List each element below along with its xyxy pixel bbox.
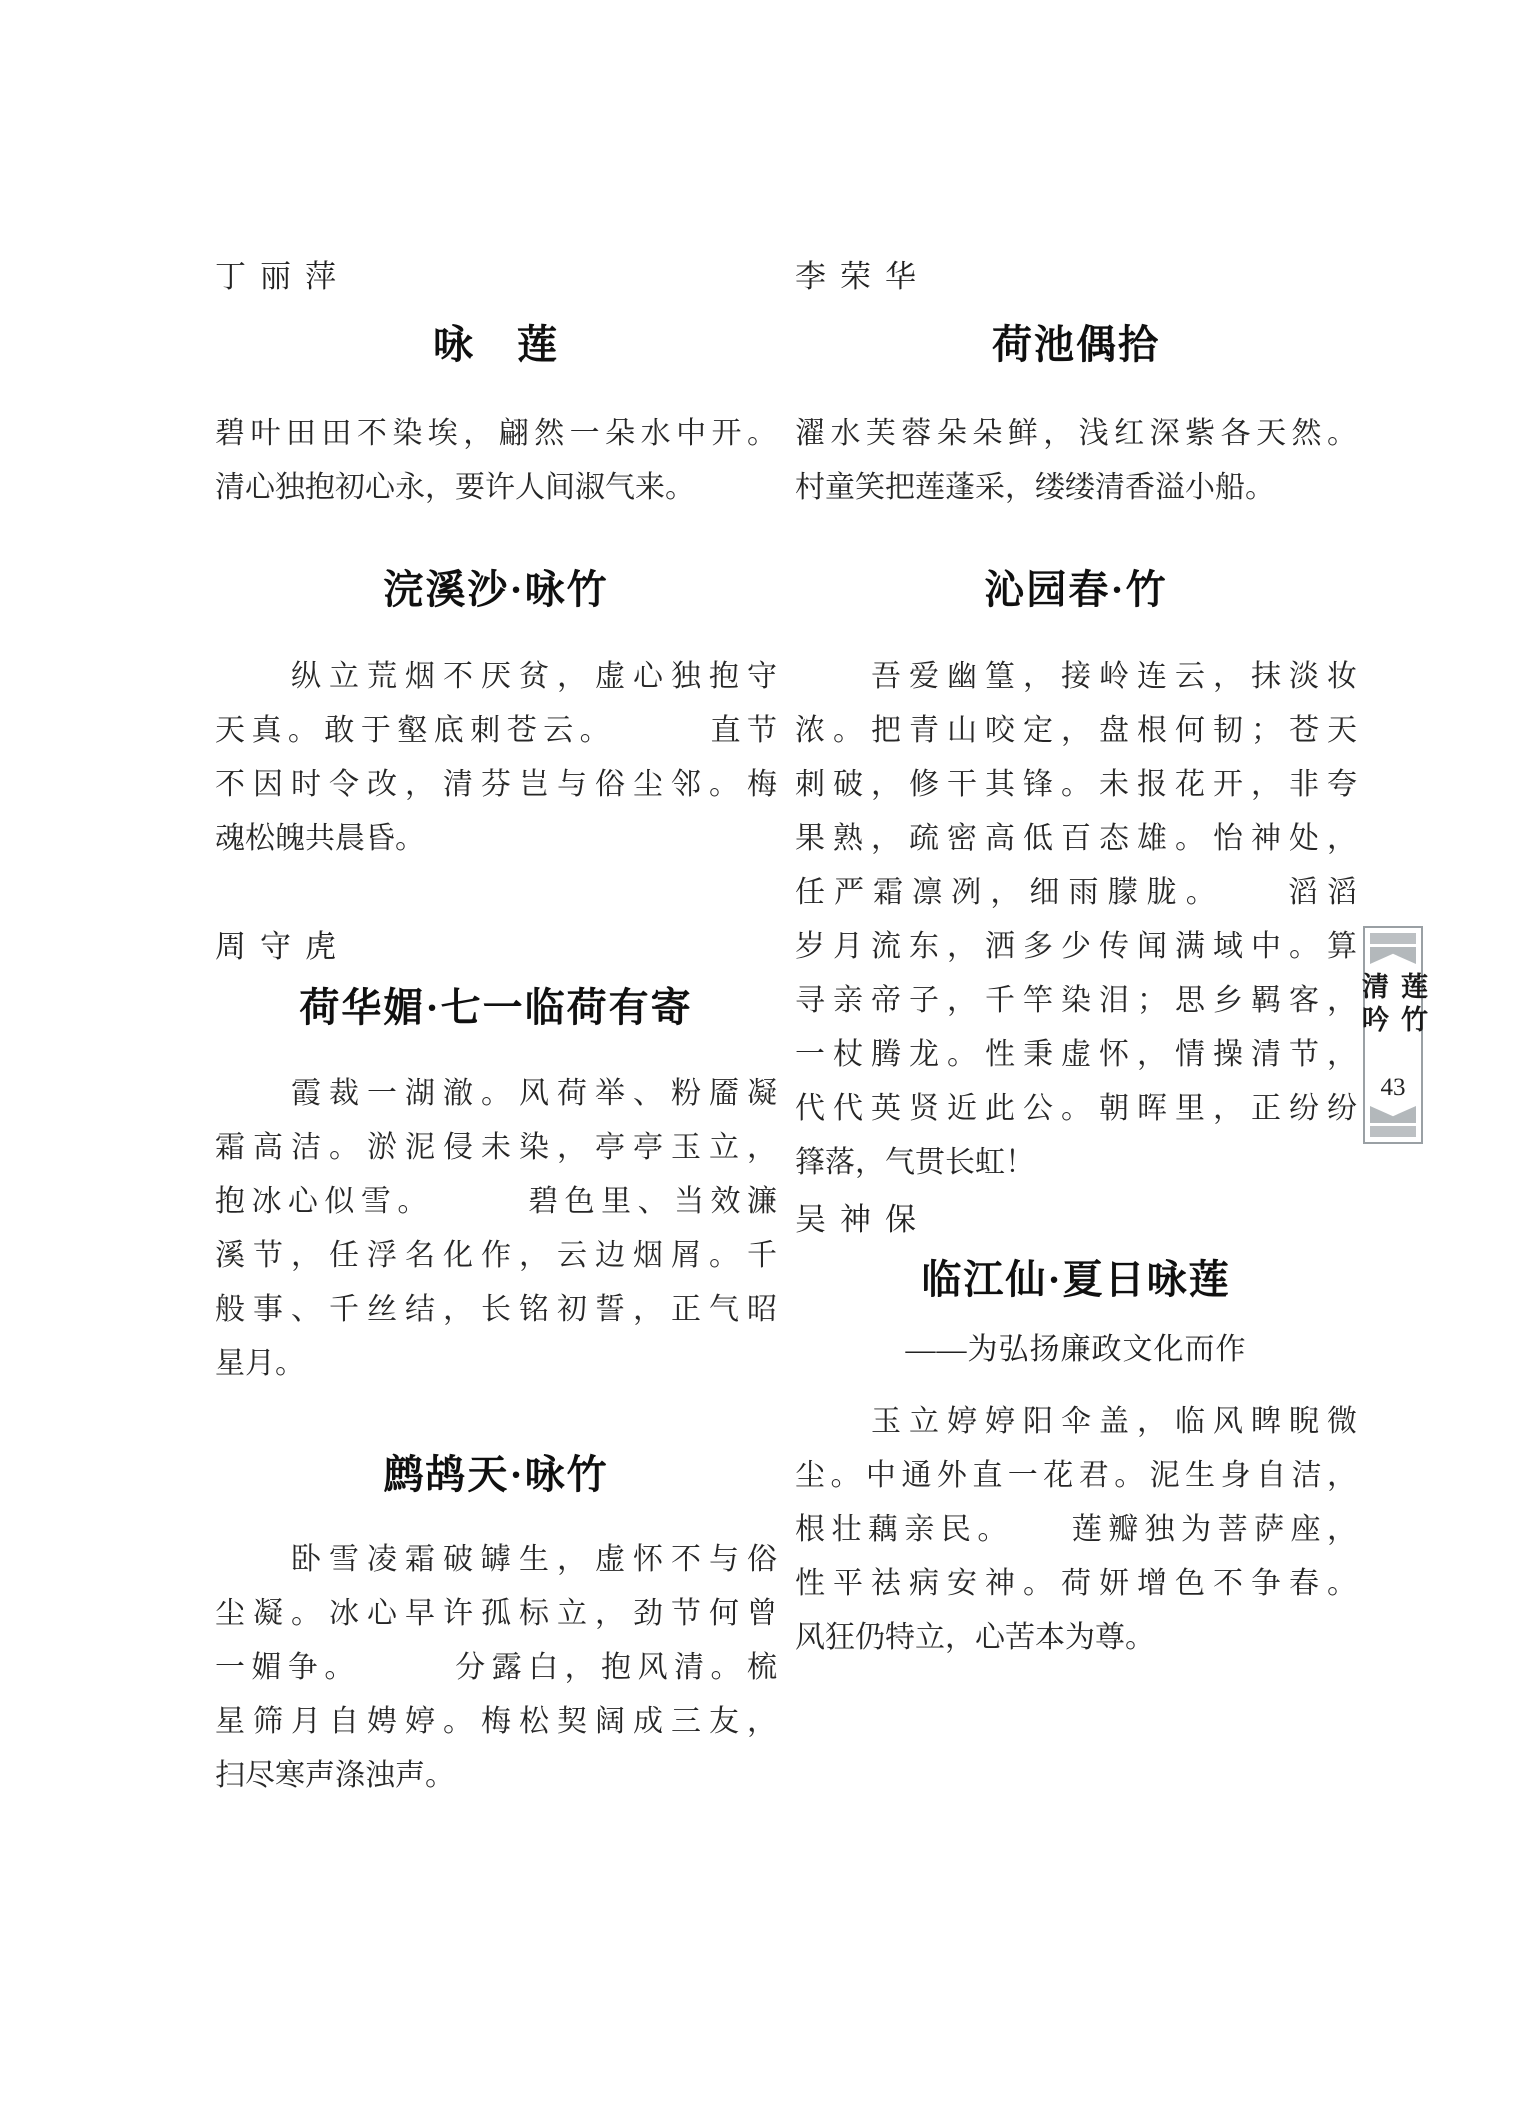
poem-line: 性平祛病安神。荷妍增色不争春。: [795, 1557, 1357, 1611]
poem-line: 霜高洁。淤泥侵未染，亭亭玉立，: [215, 1121, 777, 1175]
right-column: 李荣华 荷池偶拾 濯水芙蓉朵朵鲜，浅红深紫各天然。村童笑把莲蓬采，缕缕清香溢小船…: [795, 257, 1357, 1665]
poem-line: 不因时令改，清芬岂与俗尘邻。梅: [215, 758, 777, 812]
poem-title: 咏 莲: [215, 320, 777, 370]
poem-body: 霞裁一湖澈。风荷举、粉靥凝霜高洁。淤泥侵未染，亭亭玉立，抱冰心似雪。 碧色里、当…: [215, 1067, 777, 1391]
poem-line: 纵立荒烟不厌贫，虚心独抱守: [215, 650, 777, 704]
poem-line: 清心独抱初心永，要许人间淑气来。: [215, 461, 777, 515]
poem-body: 玉立婷婷阳伞盖，临风睥睨微尘。中通外直一花君。泥生身自洁，根壮藕亲民。 莲瓣独为…: [795, 1395, 1357, 1665]
poem-line: 村童笑把莲蓬采，缕缕清香溢小船。: [795, 461, 1357, 515]
chapter-tab: 莲竹清吟 43: [1363, 926, 1423, 1144]
poem-line: 寻亲帝子，千竿染泪；思乡羁客，: [795, 974, 1357, 1028]
poem-line: 濯水芙蓉朵朵鲜，浅红深紫各天然。: [795, 407, 1357, 461]
poem-line: 魂松魄共晨昏。: [215, 812, 777, 866]
poem-line: 浓。把青山咬定，盘根何韧；苍天: [795, 704, 1357, 758]
poem-body: 碧叶田田不染埃，翩然一朵水中开。清心独抱初心永，要许人间淑气来。: [215, 407, 777, 515]
poem-title: 临江仙·夏日咏莲: [795, 1255, 1357, 1305]
poem-title: 浣溪沙·咏竹: [215, 565, 777, 615]
poem-body: 濯水芙蓉朵朵鲜，浅红深紫各天然。村童笑把莲蓬采，缕缕清香溢小船。: [795, 407, 1357, 515]
page-number: 43: [1381, 1074, 1406, 1102]
poem-line: 霞裁一湖澈。风荷举、粉靥凝: [215, 1067, 777, 1121]
poem-line: 岁月流东，洒多少传闻满域中。算: [795, 920, 1357, 974]
poem-title: 荷池偶拾: [795, 320, 1357, 370]
poem-line: 碧叶田田不染埃，翩然一朵水中开。: [215, 407, 777, 461]
poem-line: 根壮藕亲民。 莲瓣独为菩萨座，: [795, 1503, 1357, 1557]
poem-title: 鹧鸪天·咏竹: [215, 1450, 777, 1500]
chapter-tab-title: 莲竹清吟: [1354, 972, 1432, 1068]
poem-title: 荷华媚·七一临荷有寄: [215, 983, 777, 1033]
author-name: 丁丽萍: [215, 257, 777, 297]
author-name: 周守虎: [215, 927, 777, 967]
poem-line: 箨落，气贯长虹！: [795, 1136, 1357, 1190]
poem-line: 吾爱幽篁，接岭连云，抹淡妆: [795, 650, 1357, 704]
author-name: 李荣华: [795, 257, 1357, 297]
poem-line: 溪节，任浮名化作，云边烟屑。千: [215, 1229, 777, 1283]
left-column: 丁丽萍 咏 莲 碧叶田田不染埃，翩然一朵水中开。清心独抱初心永，要许人间淑气来。…: [215, 257, 777, 1803]
poem-line: 一杖腾龙。性秉虚怀，情操清节，: [795, 1028, 1357, 1082]
poem-line: 尘。中通外直一花君。泥生身自洁，: [795, 1449, 1357, 1503]
poem-line: 般事、千丝结，长铭初誓，正气昭: [215, 1283, 777, 1337]
poem-body: 纵立荒烟不厌贫，虚心独抱守天真。敢于壑底刺苍云。 直节不因时令改，清芬岂与俗尘邻…: [215, 650, 777, 866]
poem-line: 扫尽寒声涤浊声。: [215, 1749, 777, 1803]
book-page: 丁丽萍 咏 莲 碧叶田田不染埃，翩然一朵水中开。清心独抱初心永，要许人间淑气来。…: [0, 0, 1525, 2115]
poem-line: 果熟，疏密高低百态雄。怡神处，: [795, 812, 1357, 866]
poem-line: 代代英贤近此公。朝晖里，正纷纷: [795, 1082, 1357, 1136]
poem-line: 星月。: [215, 1337, 777, 1391]
poem-line: 一媚争。 分露白，抱风清。梳: [215, 1641, 777, 1695]
poem-body: 卧雪凌霜破罅生，虚怀不与俗尘凝。冰心早许孤标立，劲节何曾一媚争。 分露白，抱风清…: [215, 1533, 777, 1803]
poem-line: 尘凝。冰心早许孤标立，劲节何曾: [215, 1587, 777, 1641]
poem-line: 任严霜凛冽，细雨朦胧。 滔滔: [795, 866, 1357, 920]
poem-line: 风狂仍特立，心苦本为尊。: [795, 1611, 1357, 1665]
ribbon-top-icon: [1370, 933, 1416, 964]
poem-body: 吾爱幽篁，接岭连云，抹淡妆浓。把青山咬定，盘根何韧；苍天刺破，修干其锋。未报花开…: [795, 650, 1357, 1190]
poem-line: 天真。敢于壑底刺苍云。 直节: [215, 704, 777, 758]
poem-line: 星筛月自娉婷。梅松契阔成三友，: [215, 1695, 777, 1749]
ribbon-bottom-icon: [1370, 1106, 1416, 1137]
poem-line: 卧雪凌霜破罅生，虚怀不与俗: [215, 1533, 777, 1587]
poem-line: 抱冰心似雪。 碧色里、当效濂: [215, 1175, 777, 1229]
poem-subtitle: ——为弘扬廉政文化而作: [795, 1330, 1357, 1370]
poem-title: 沁园春·竹: [795, 565, 1357, 615]
poem-line: 刺破，修干其锋。未报花开，非夸: [795, 758, 1357, 812]
poem-line: 玉立婷婷阳伞盖，临风睥睨微: [795, 1395, 1357, 1449]
author-name: 吴神保: [795, 1200, 1357, 1240]
